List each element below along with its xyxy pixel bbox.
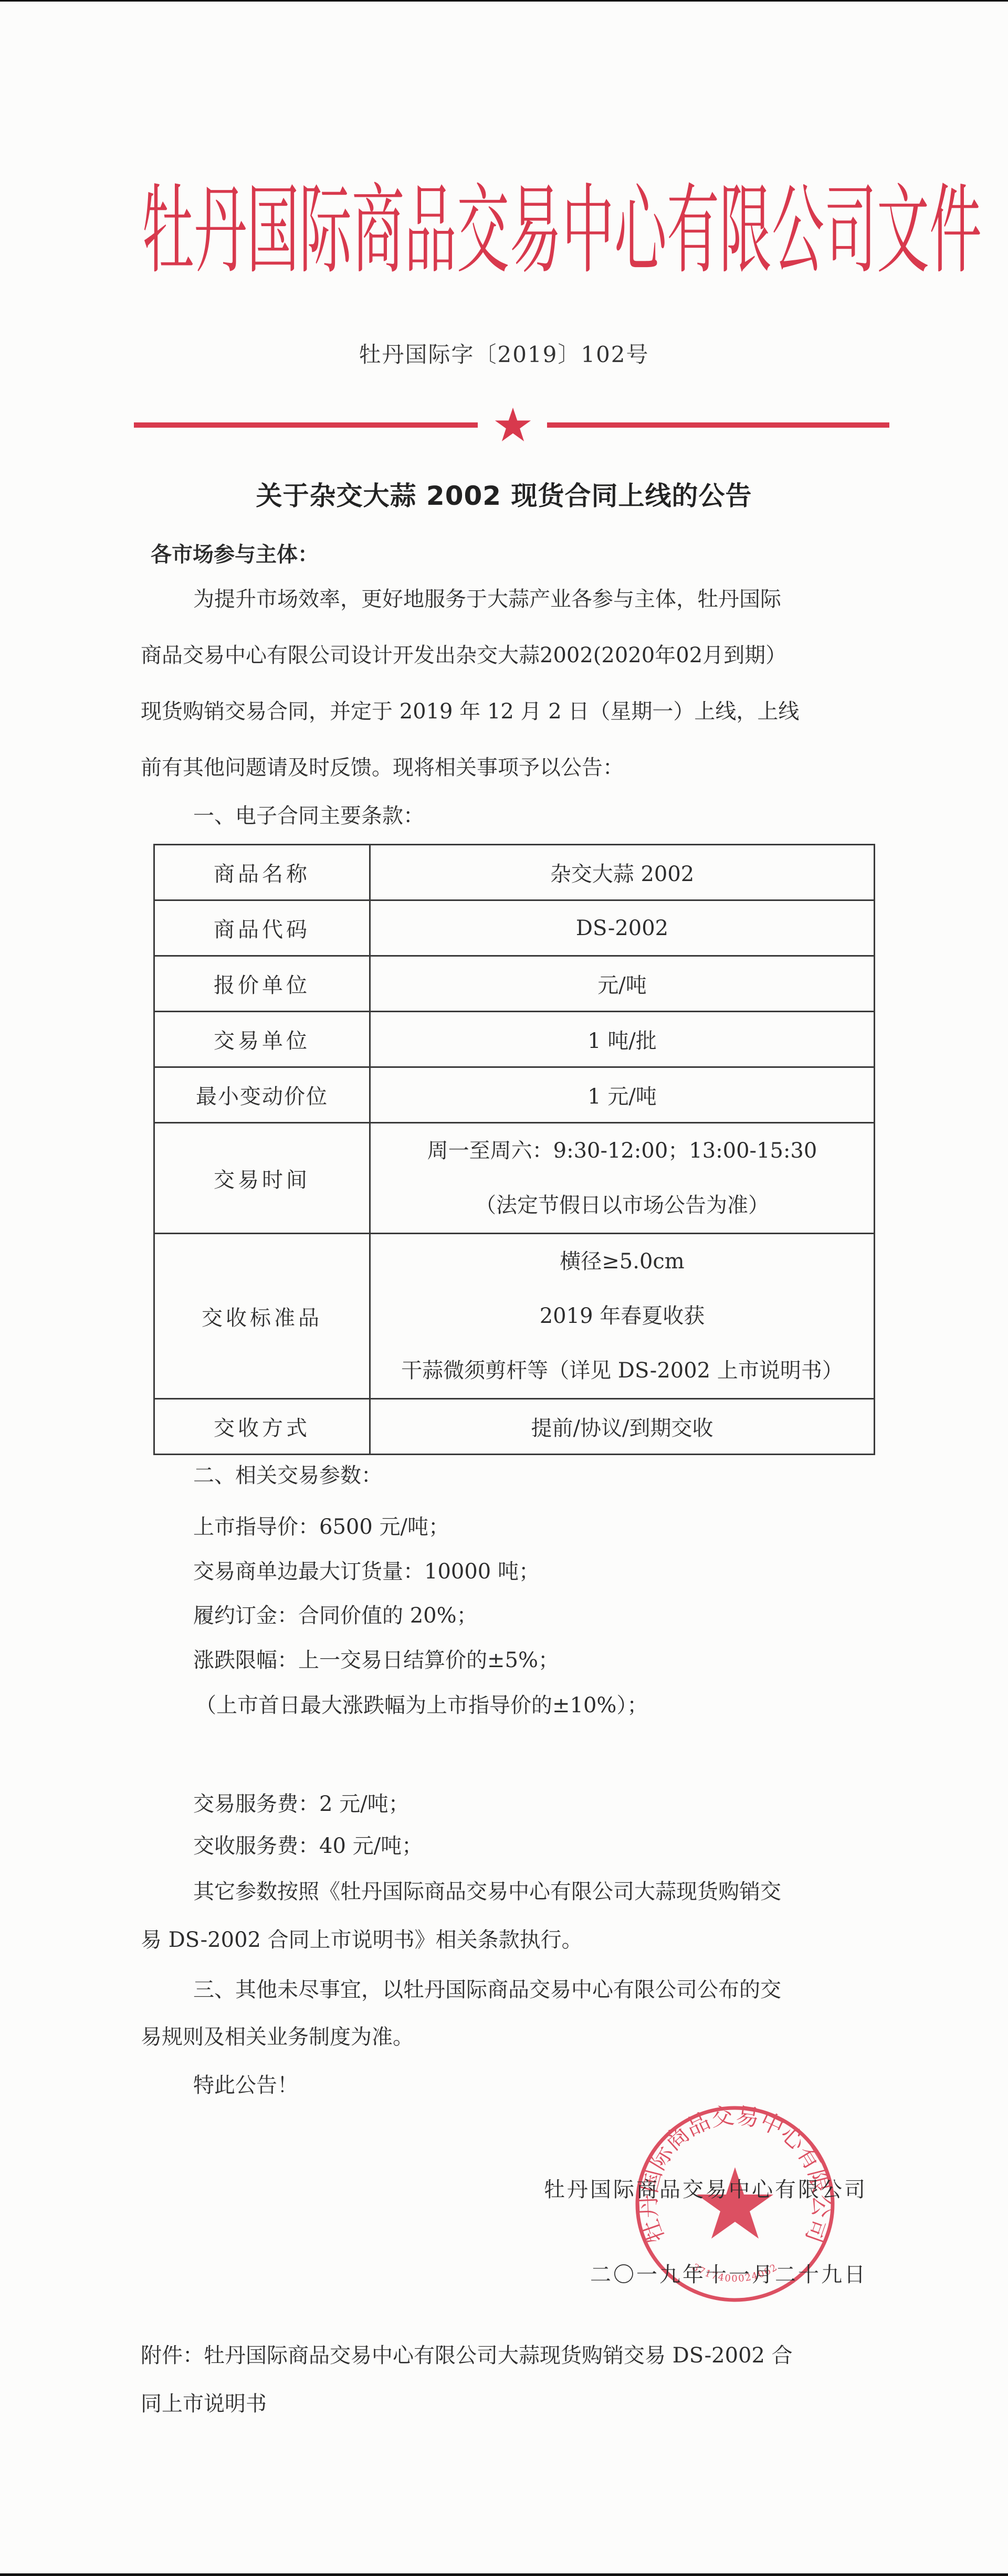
table-row: 交易单位 1 吨/批 — [154, 1012, 875, 1067]
parameter-item: 交易商单边最大订货量：10000 吨； — [193, 1559, 540, 1584]
letterhead-char: 商 — [352, 134, 404, 328]
red-rule-right — [547, 422, 889, 428]
term-key: 交易时间 — [154, 1123, 370, 1234]
section2-heading: 二、相关交易参数： — [193, 1463, 382, 1488]
document-number: 牡丹国际字〔2019〕102号 — [0, 337, 1008, 369]
table-row: 最小变动价位 1 元/吨 — [154, 1067, 875, 1123]
intro-line: 商品交易中心有限公司设计开发出杂交大蒜2002(2020年02月到期） — [141, 643, 786, 668]
scan-edge-bottom — [0, 2573, 1008, 2576]
section1-heading: 一、电子合同主要条款： — [193, 803, 424, 829]
table-row: 交收标准品 横径≥5.0cm 2019 年春夏收获 干蒜微须剪杆等（详见 DS-… — [154, 1234, 875, 1399]
parameter-item: 涨跌限幅：上一交易日结算价的±5%； — [193, 1648, 559, 1673]
letterhead-char: 易 — [509, 134, 562, 328]
other-params-line: 易 DS-2002 合同上市说明书》相关条款执行。 — [141, 1927, 583, 1953]
letterhead-char: 件 — [929, 134, 982, 328]
closing-remark: 特此公告！ — [193, 2073, 298, 2098]
term-value: 元/吨 — [370, 956, 875, 1012]
star-icon — [495, 407, 531, 443]
contract-terms-table: 商品名称 杂交大蒜 2002 商品代码 DS-2002 报价单位 元/吨 交易单… — [153, 844, 875, 1455]
letterhead-char: 中 — [562, 134, 614, 328]
parameter-item: 履约订金：合同价值的 20%； — [193, 1603, 478, 1628]
letterhead-title: 牡 丹 国 际 商 品 交 易 中 心 有 限 公 司 文 件 — [142, 178, 892, 283]
intro-line: 为提升市场效率，更好地服务于大蒜产业各参与主体，牡丹国际 — [193, 587, 781, 612]
letterhead-char: 丹 — [194, 134, 247, 328]
table-row: 商品代码 DS-2002 — [154, 900, 875, 956]
term-key: 交收方式 — [154, 1399, 370, 1455]
term-key: 最小变动价位 — [154, 1067, 370, 1123]
notice-title: 关于杂交大蒜 2002 现货合同上线的公告 — [0, 475, 1008, 513]
section3-line: 三、其他未尽事宜，以牡丹国际商品交易中心有限公司公布的交 — [193, 1977, 781, 2002]
term-value: 1 元/吨 — [370, 1067, 875, 1123]
letterhead-char: 公 — [772, 134, 824, 328]
term-key: 交易单位 — [154, 1012, 370, 1067]
section3-line: 易规则及相关业务制度为准。 — [141, 2024, 414, 2050]
parameter-item: 交易服务费：2 元/吨； — [193, 1791, 409, 1817]
term-value-line: 横径≥5.0cm — [371, 1234, 874, 1289]
signature-date: 二〇一九年十一月二十九日 — [590, 2258, 867, 2288]
term-key: 报价单位 — [154, 956, 370, 1012]
intro-line: 现货购销交易合同，并定于 2019 年 12 月 2 日（星期一）上线，上线 — [141, 699, 799, 724]
letterhead-char: 有 — [667, 134, 719, 328]
parameter-item: 交收服务费：40 元/吨； — [193, 1833, 423, 1859]
red-rule-left — [134, 422, 478, 428]
letterhead-char: 心 — [614, 134, 667, 328]
term-key: 商品名称 — [154, 845, 370, 900]
table-row: 交易时间 周一至周六：9:30-12:00；13:00-15:30 （法定节假日… — [154, 1123, 875, 1234]
signature-company: 牡丹国际商品交易中心有限公司 — [544, 2173, 867, 2203]
letterhead-char: 交 — [457, 134, 509, 328]
term-value-line: 周一至周六：9:30-12:00；13:00-15:30 — [371, 1123, 874, 1178]
table-row: 商品名称 杂交大蒜 2002 — [154, 845, 875, 900]
letterhead-char: 文 — [877, 134, 929, 328]
term-key: 商品代码 — [154, 900, 370, 956]
term-value: 横径≥5.0cm 2019 年春夏收获 干蒜微须剪杆等（详见 DS-2002 上… — [370, 1234, 875, 1399]
letterhead-char: 际 — [299, 134, 352, 328]
table-row: 报价单位 元/吨 — [154, 956, 875, 1012]
term-value: 提前/协议/到期交收 — [370, 1399, 875, 1455]
term-value: DS-2002 — [370, 900, 875, 956]
term-key: 交收标准品 — [154, 1234, 370, 1399]
term-value: 1 吨/批 — [370, 1012, 875, 1067]
term-value: 杂交大蒜 2002 — [370, 845, 875, 900]
table-row: 交收方式 提前/协议/到期交收 — [154, 1399, 875, 1455]
scan-edge-top — [0, 0, 1008, 2]
term-value-line: （法定节假日以市场公告为准） — [371, 1178, 874, 1233]
salutation: 各市场参与主体： — [151, 538, 319, 568]
letterhead-char: 司 — [824, 134, 877, 328]
term-value: 周一至周六：9:30-12:00；13:00-15:30 （法定节假日以市场公告… — [370, 1123, 875, 1234]
parameter-item: 上市指导价：6500 元/吨； — [193, 1514, 449, 1540]
term-value-line: 2019 年春夏收获 — [371, 1289, 874, 1343]
attachment-line: 附件：牡丹国际商品交易中心有限公司大蒜现货购销交易 DS-2002 合 — [141, 2343, 793, 2368]
letterhead-char: 牡 — [142, 134, 194, 328]
term-value-line: 干蒜微须剪杆等（详见 DS-2002 上市说明书） — [371, 1343, 874, 1398]
parameter-item: （上市首日最大涨跌幅为上市指导价的±10%）； — [195, 1693, 648, 1718]
letterhead-char: 品 — [404, 134, 457, 328]
attachment-line: 同上市说明书 — [141, 2391, 267, 2416]
intro-line: 前有其他问题请及时反馈。现将相关事项予以公告： — [141, 755, 624, 780]
other-params-line: 其它参数按照《牡丹国际商品交易中心有限公司大蒜现货购销交 — [193, 1879, 781, 1904]
letterhead-char: 国 — [247, 134, 299, 328]
letterhead-char: 限 — [719, 134, 772, 328]
